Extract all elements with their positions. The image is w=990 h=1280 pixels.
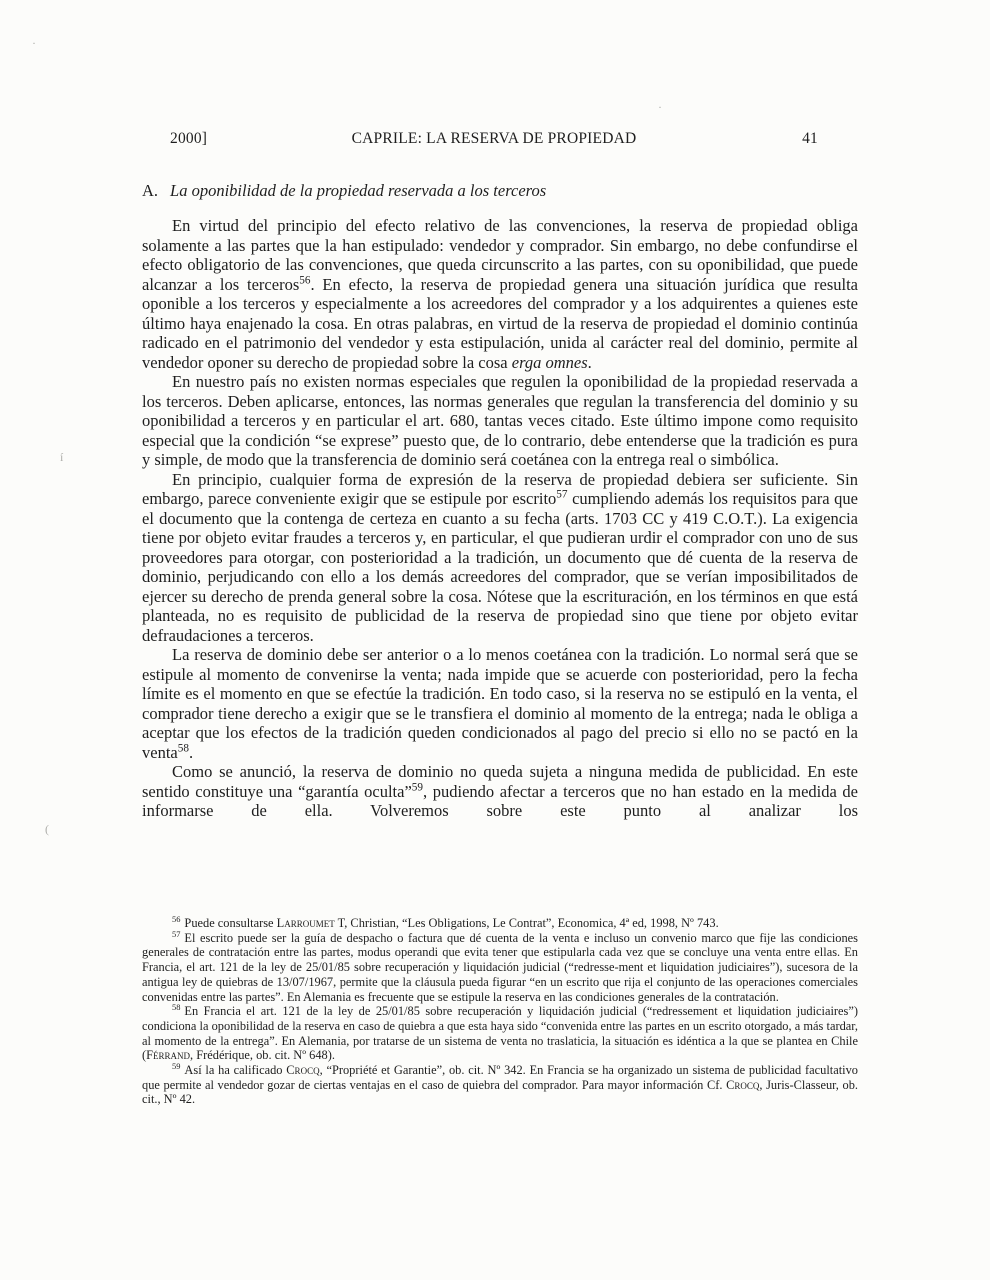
running-header: 2000] CAPRILE: LA RESERVA DE PROPIEDAD 4… xyxy=(142,130,858,148)
header-year: 2000] xyxy=(142,130,290,148)
footnote-text: Así la ha calificado Crocq, “Propriété e… xyxy=(142,1063,858,1106)
footnote-text: Puede consultarse Larroumet T, Christian… xyxy=(184,916,718,930)
footnote-number: 58 xyxy=(172,1002,180,1012)
body-paragraph: La reserva de dominio debe ser anterior … xyxy=(142,645,858,762)
footnote-block: 56Puede consultarse Larroumet T, Christi… xyxy=(142,916,858,1107)
footnote-56: 56Puede consultarse Larroumet T, Christi… xyxy=(142,916,858,931)
footnote-number: 59 xyxy=(172,1061,180,1071)
section-title: La oponibilidad de la propiedad reservad… xyxy=(170,181,546,200)
header-article-title: CAPRILE: LA RESERVA DE PROPIEDAD xyxy=(290,130,698,148)
body-text-block: En virtud del principio del efecto relat… xyxy=(142,216,858,821)
body-paragraph: En nuestro país no existen normas especi… xyxy=(142,372,858,470)
footnote-text: El escrito puede ser la guía de despacho… xyxy=(142,931,858,1004)
scan-speck: í xyxy=(60,450,63,465)
scan-speck: · xyxy=(32,36,36,51)
header-page-number: 41 xyxy=(698,130,858,148)
footnote-57: 57El escrito puede ser la guía de despac… xyxy=(142,931,858,1005)
body-paragraph: En virtud del principio del efecto relat… xyxy=(142,216,858,372)
section-label: A. xyxy=(142,181,158,200)
scanned-document-page: 2000] CAPRILE: LA RESERVA DE PROPIEDAD 4… xyxy=(0,0,990,1280)
footnote-number: 57 xyxy=(172,929,180,939)
footnote-59: 59Así la ha calificado Crocq, “Propriété… xyxy=(142,1063,858,1107)
body-paragraph: Como se anunció, la reserva de dominio n… xyxy=(142,762,858,821)
footnote-text: En Francia el art. 121 de la ley de 25/0… xyxy=(142,1004,858,1062)
body-paragraph: En principio, cualquier forma de expresi… xyxy=(142,470,858,646)
page-content-column: 2000] CAPRILE: LA RESERVA DE PROPIEDAD 4… xyxy=(142,130,858,821)
scan-speck: · xyxy=(658,100,662,115)
section-heading: A.La oponibilidad de la propiedad reserv… xyxy=(142,181,858,201)
footnote-number: 56 xyxy=(172,914,180,924)
scan-speck: ( xyxy=(45,822,49,837)
footnote-58: 58En Francia el art. 121 de la ley de 25… xyxy=(142,1004,858,1063)
